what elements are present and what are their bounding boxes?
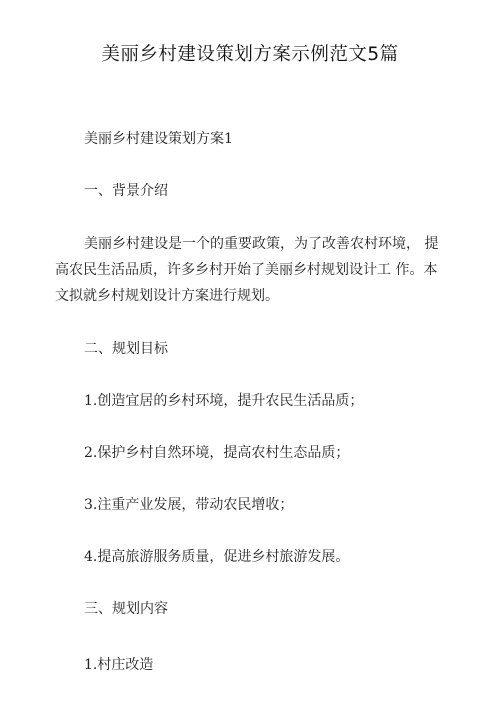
paragraph-line: 美丽乡村建设是一个的重要政策，为了改善农村环境， 提 (55, 231, 455, 257)
paragraph-line: 文拟就乡村规划设计方案进行规划。 (55, 283, 455, 309)
section-heading-background: 一、背景介绍 (84, 180, 168, 200)
section-heading-goals: 二、规划目标 (84, 338, 168, 358)
subtitle: 美丽乡村建设策划方案1 (84, 128, 233, 148)
document-title: 美丽乡村建设策划方案示例范文5篇 (0, 40, 500, 66)
background-paragraph: 美丽乡村建设是一个的重要政策，为了改善农村环境， 提 高农民生活品质，许多乡村开… (55, 231, 455, 309)
goal-item: 2.保护乡村自然环境，提高农村生态品质； (84, 442, 349, 462)
section-heading-content: 三、规划内容 (84, 598, 168, 618)
content-item: 1.村庄改造 (84, 654, 153, 674)
goal-item: 3.注重产业发展，带动农民增收； (84, 494, 293, 514)
goal-item: 1.创造宜居的乡村环境，提升农民生活品质； (84, 390, 363, 410)
paragraph-line: 高农民生活品质，许多乡村开始了美丽乡村规划设计工 作。本 (55, 257, 455, 283)
goal-item: 4.提高旅游服务质量，促进乡村旅游发展。 (84, 546, 349, 566)
